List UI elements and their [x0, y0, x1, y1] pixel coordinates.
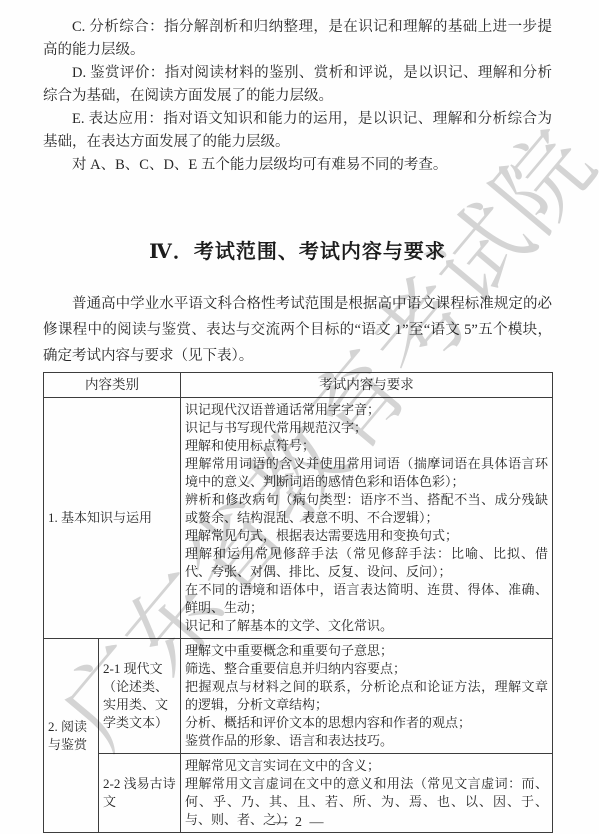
- page-content: C. 分析综合：指分解剖析和归纳整理，是在识记和理解的基础上进一步提高的能力层级…: [0, 0, 599, 833]
- requirement-line: 在不同的语境和语体中，语言表达简明、连贯、得体、准确、鲜明、生动；: [185, 581, 548, 617]
- requirement-line: 理解和使用标点符号；: [185, 437, 548, 455]
- table-row-basic-knowledge: 1. 基本知识与运用 识记现代汉语普通话常用字字音；识记与书写现代常用规范汉字；…: [44, 398, 553, 639]
- paragraph-ability-d: D. 鉴赏评价：指对阅读材料的鉴别、赏析和评说，是以识记、理解和分析综合为基础，…: [43, 62, 552, 108]
- intro-paragraph: 普通高中学业水平语文科合格性考试范围是根据高中语文课程标准规定的必修课程中的阅读…: [43, 291, 552, 369]
- paragraph-ability-c: C. 分析综合：指分解剖析和归纳整理，是在识记和理解的基础上进一步提高的能力层级…: [43, 16, 552, 62]
- exam-content-table: 内容类别 考试内容与要求 1. 基本知识与运用 识记现代汉语普通话常用字字音；识…: [43, 372, 553, 833]
- requirement-line: 理解和运用常见修辞手法（常见修辞手法：比喻、比拟、借代、夸张、对偶、排比、反复、…: [185, 545, 548, 581]
- category-reading-appreciation: 2. 阅读与鉴赏: [44, 639, 99, 833]
- requirement-line: 筛选、整合重要信息并归纳内容要点；: [185, 660, 548, 678]
- table-header-row: 内容类别 考试内容与要求: [44, 373, 553, 398]
- category-basic-knowledge: 1. 基本知识与运用: [44, 398, 181, 639]
- requirement-line: 理解常用词语的含义并使用常用词语（揣摩词语在具体语言环境中的意义、判断词语的感情…: [185, 455, 548, 491]
- column-header-category: 内容类别: [44, 373, 181, 398]
- requirement-line: 理解文中重要概念和重要句子意思；: [185, 642, 548, 660]
- page-number: — 2 —: [0, 815, 599, 831]
- requirements-modern-text: 理解文中重要概念和重要句子意思；筛选、整合重要信息并归纳内容要点；把握观点与材料…: [181, 639, 553, 754]
- requirement-line: 把握观点与材料之间的联系，分析论点和论证方法，理解文章的逻辑，分析文章结构；: [185, 678, 548, 714]
- requirement-line: 识记和了解基本的文学、文化常识。: [185, 617, 548, 635]
- paragraph-ability-summary: 对 A、B、C、D、E 五个能力层级均可有难易不同的考查。: [43, 154, 552, 177]
- requirements-basic-knowledge: 识记现代汉语普通话常用字字音；识记与书写现代常用规范汉字；理解和使用标点符号；理…: [181, 398, 553, 639]
- requirement-line: 分析、概括和评价文本的思想内容和作者的观点；: [185, 714, 548, 732]
- paragraph-ability-e: E. 表达应用：指对语文知识和能力的运用，是以识记、理解和分析综合为基础，在表达…: [43, 108, 552, 154]
- requirement-line: 识记与书写现代常用规范汉字；: [185, 419, 548, 437]
- section-heading: Ⅳ．考试范围、考试内容与要求: [43, 237, 552, 267]
- requirement-line: 辨析和修改病句（病句类型：语序不当、搭配不当、成分残缺或赘余、结构混乱、表意不明…: [185, 491, 548, 527]
- table-row-modern-text: 2. 阅读与鉴赏 2-1 现代文（论述类、实用类、文学类文本） 理解文中重要概念…: [44, 639, 553, 754]
- requirement-line: 鉴赏作品的形象、语言和表达技巧。: [185, 732, 548, 750]
- requirement-line: 理解常见句式，根据表达需要选用和变换句式；: [185, 527, 548, 545]
- subcategory-modern-text: 2-1 现代文（论述类、实用类、文学类文本）: [99, 639, 181, 754]
- document-page: 广东省教育考试院 C. 分析综合：指分解剖析和归纳整理，是在识记和理解的基础上进…: [0, 0, 599, 834]
- requirement-line: 理解常见文言实词在文中的含义；: [185, 757, 548, 775]
- requirement-line: 识记现代汉语普通话常用字字音；: [185, 401, 548, 419]
- column-header-requirements: 考试内容与要求: [181, 373, 553, 398]
